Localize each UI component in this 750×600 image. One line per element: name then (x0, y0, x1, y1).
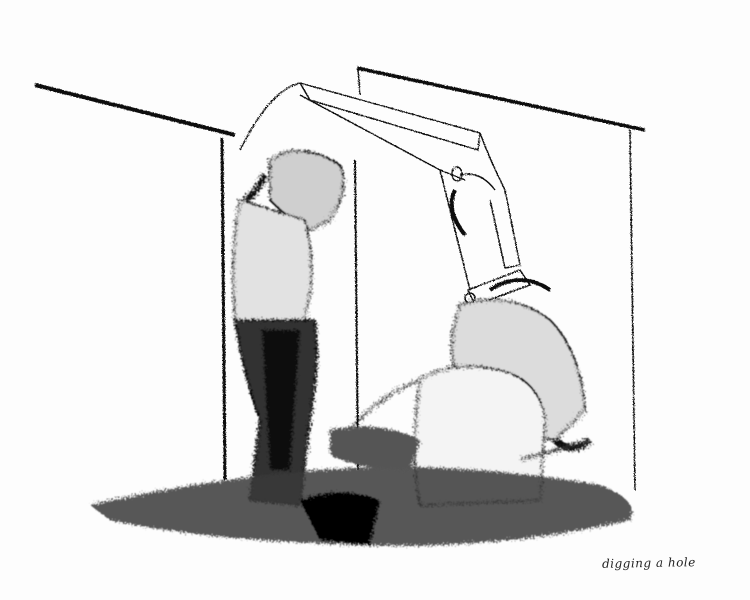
standing-worker (233, 151, 343, 505)
sketch-canvas: digging a hole (0, 0, 750, 600)
dirt-ground (90, 427, 632, 546)
caption-handwriting: digging a hole (602, 555, 696, 571)
charcoal-drawing (0, 0, 750, 600)
